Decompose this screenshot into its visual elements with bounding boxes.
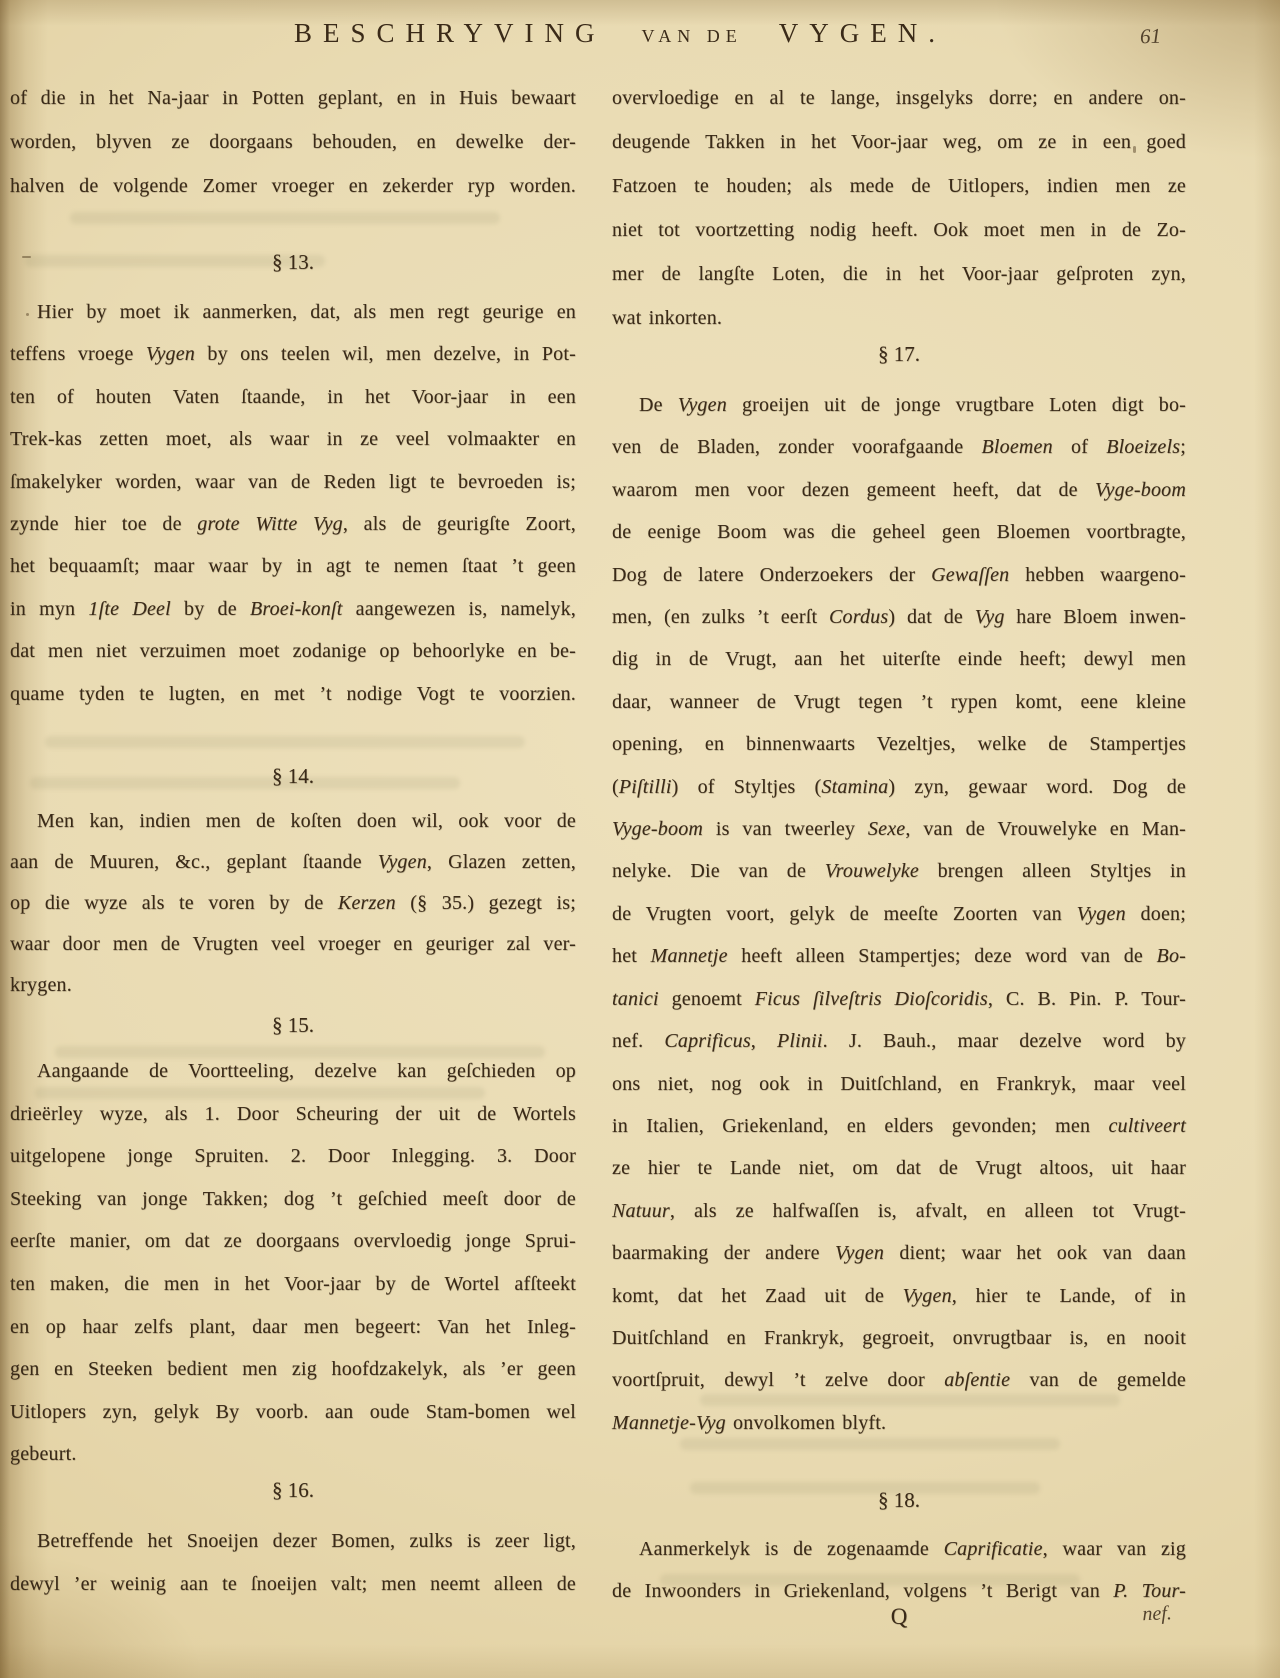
text-line: nelyke. Die van de Vrouwelyke brengen al… (612, 850, 1186, 892)
text-line: worden, blyven ze doorgaans behouden, en… (10, 120, 576, 164)
section-heading: § 17. (612, 342, 1186, 367)
text-line: ze hier te Lande niet, om dat de Vrugt a… (612, 1147, 1186, 1189)
text-line: opening, en binnenwaarts Vezeltjes, welk… (612, 723, 1186, 765)
text-line: ten of houten Vaten ſtaande, in het Voor… (10, 376, 576, 418)
text-line: gebeurt. (10, 1433, 576, 1476)
section-heading: § 15. (10, 1013, 576, 1038)
text-line: en op haar zelfs plant, daar men begeert… (10, 1306, 576, 1349)
ink-showthrough (70, 212, 500, 224)
text-line: Duitſchland en Frankryk, gegroeit, onvru… (612, 1317, 1186, 1359)
text-line: Trek-kas zetten moet, als waar in ze vee… (10, 418, 576, 460)
text-line: aan de Muuren, &c., geplant ſtaande Vyge… (10, 842, 576, 883)
text-line: men, (en zulks ’t eerſt Cordus) dat de V… (612, 596, 1186, 638)
text-line: Steeking van jonge Takken; dog ’t geſchi… (10, 1178, 576, 1221)
text-line: gen en Steeken bedient men zig hoofdzake… (10, 1348, 576, 1391)
text-line: Fatzoen te houden; als mede de Uitlopers… (612, 164, 1186, 208)
text-line: halven de volgende Zomer vroeger en zeke… (10, 164, 576, 208)
text-line: deugende Takken in het Voor-jaar weg, om… (612, 120, 1186, 164)
text-line: baarmaking der andere Vygen dient; waar … (612, 1232, 1186, 1274)
text-line: overvloedige en al te lange, insgelyks d… (612, 76, 1186, 120)
paragraph: Men kan, indien men de koſten doen wil, … (10, 801, 576, 1006)
paragraph: Aangaande de Voortteeling, dezelve kan g… (10, 1050, 576, 1476)
book-page-scan: BESCHRYVING VAN DE VYGEN. 61 of die in h… (0, 0, 1280, 1678)
text-line: in myn 1ſte Deel by de Broei-konſt aange… (10, 588, 576, 630)
text-line: op die wyze als te voren by de Kerzen (§… (10, 883, 576, 924)
text-line: Natuur, als ze halfwaſſen is, afvalt, en… (612, 1190, 1186, 1232)
text-line: drieërley wyze, als 1. Door Scheuring de… (10, 1093, 576, 1136)
text-line: Betreffende het Snoeijen dezer Bomen, zu… (10, 1520, 576, 1563)
text-line: Aangaande de Voortteeling, dezelve kan g… (10, 1050, 576, 1093)
text-line: uitgelopene jonge Spruiten. 2. Door Inle… (10, 1135, 576, 1178)
text-line: quame tyden te lugten, en met ’t nodige … (10, 673, 576, 715)
text-line: komt, dat het Zaad uit de Vygen, hier te… (612, 1275, 1186, 1317)
text-line: teffens vroege Vygen by ons teelen wil, … (10, 333, 576, 375)
text-line: waarom men voor dezen gemeent heeft, dat… (612, 469, 1186, 511)
running-title-word: BESCHRYVING (294, 18, 606, 49)
text-line: dewyl ’er weinig aan te ſnoeijen valt; m… (10, 1563, 576, 1606)
paragraph: of die in het Na-jaar in Potten geplant,… (10, 76, 576, 208)
text-line: wat inkorten. (612, 296, 1186, 340)
text-line: ten maken, die men in het Voor-jaar by d… (10, 1263, 576, 1306)
paragraph: Aanmerkelyk is de zogenaamde Caprificati… (612, 1528, 1186, 1612)
paragraph: Betreffende het Snoeijen dezer Bomen, zu… (10, 1520, 576, 1606)
running-title-word: VYGEN. (779, 18, 946, 49)
text-line: (Piſtilli) of Styltjes (Stamina) zyn, ge… (612, 766, 1186, 808)
paragraph: overvloedige en al te lange, insgelyks d… (612, 76, 1186, 340)
paragraph: Hier by moet ik aanmerken, dat, als men … (10, 291, 576, 715)
text-line: Dog de latere Onderzoekers der Gewaſſen … (612, 554, 1186, 596)
text-line: Mannetje-Vyg onvolkomen blyft. (612, 1402, 1186, 1444)
ink-showthrough (45, 736, 525, 748)
section-heading: § 16. (10, 1478, 576, 1503)
paragraph: De Vygen groeijen uit de jonge vrugtbare… (612, 384, 1186, 1444)
running-title: BESCHRYVING VAN DE VYGEN. (20, 18, 1220, 49)
text-line: ven de Bladen, zonder voorafgaande Bloem… (612, 426, 1186, 468)
text-line: het Mannetje heeft alleen Stampertjes; d… (612, 935, 1186, 977)
text-line: ons niet, nog ook in Duitſchland, en Fra… (612, 1063, 1186, 1105)
text-line: daar, wanneer de Vrugt tegen ’t rypen ko… (612, 681, 1186, 723)
section-heading: § 14. (10, 764, 576, 789)
text-line: de eenige Boom was die geheel geen Bloem… (612, 511, 1186, 553)
text-line: Hier by moet ik aanmerken, dat, als men … (10, 291, 576, 333)
page-edge-shadow-right (1254, 0, 1280, 1678)
text-line: ſmakelyker worden, waar van de Reden lig… (10, 461, 576, 503)
text-line: zynde hier toe de grote Witte Vyg, als d… (10, 503, 576, 545)
text-line: tanici genoemt Ficus ſilveſtris Dioſcori… (612, 978, 1186, 1020)
text-line: mer de langſte Loten, die in het Voor-ja… (612, 252, 1186, 296)
text-line: Aanmerkelyk is de zogenaamde Caprificati… (612, 1528, 1186, 1570)
page-number: 61 (1140, 24, 1162, 50)
text-line: dat men niet verzuimen moet zodanige op … (10, 630, 576, 672)
text-line: voortſpruit, dewyl ’t zelve door abſenti… (612, 1359, 1186, 1401)
text-line: eerſte manier, om dat ze doorgaans overv… (10, 1220, 576, 1263)
text-line: krygen. (10, 965, 576, 1006)
text-line: Uitlopers zyn, gelyk By voorb. aan oude … (10, 1391, 576, 1434)
section-heading: § 18. (612, 1488, 1186, 1513)
text-line: dig in de Vrugt, aan het uiterſte einde … (612, 638, 1186, 680)
section-heading: § 13. (10, 250, 576, 275)
text-line: Men kan, indien men de koſten doen wil, … (10, 801, 576, 842)
page-edge-shadow-bottom (0, 1644, 1280, 1678)
running-title-word: VAN DE (642, 26, 743, 47)
text-line: waar door men de Vrugten veel vroeger en… (10, 924, 576, 965)
text-line: Vyge-boom is van tweerley Sexe, van de V… (612, 808, 1186, 850)
text-line: of die in het Na-jaar in Potten geplant,… (10, 76, 576, 120)
text-line: De Vygen groeijen uit de jonge vrugtbare… (612, 384, 1186, 426)
text-line: het bequaamſt; maar waar by in agt te ne… (10, 545, 576, 587)
text-line: de Vrugten voort, gelyk de meeſte Zoorte… (612, 893, 1186, 935)
text-line: in Italien, Griekenland, en elders gevon… (612, 1105, 1186, 1147)
text-line: nef. Caprificus, Plinii. J. Bauh., maar … (612, 1020, 1186, 1062)
text-line: niet tot voortzetting nodig heeft. Ook m… (612, 208, 1186, 252)
